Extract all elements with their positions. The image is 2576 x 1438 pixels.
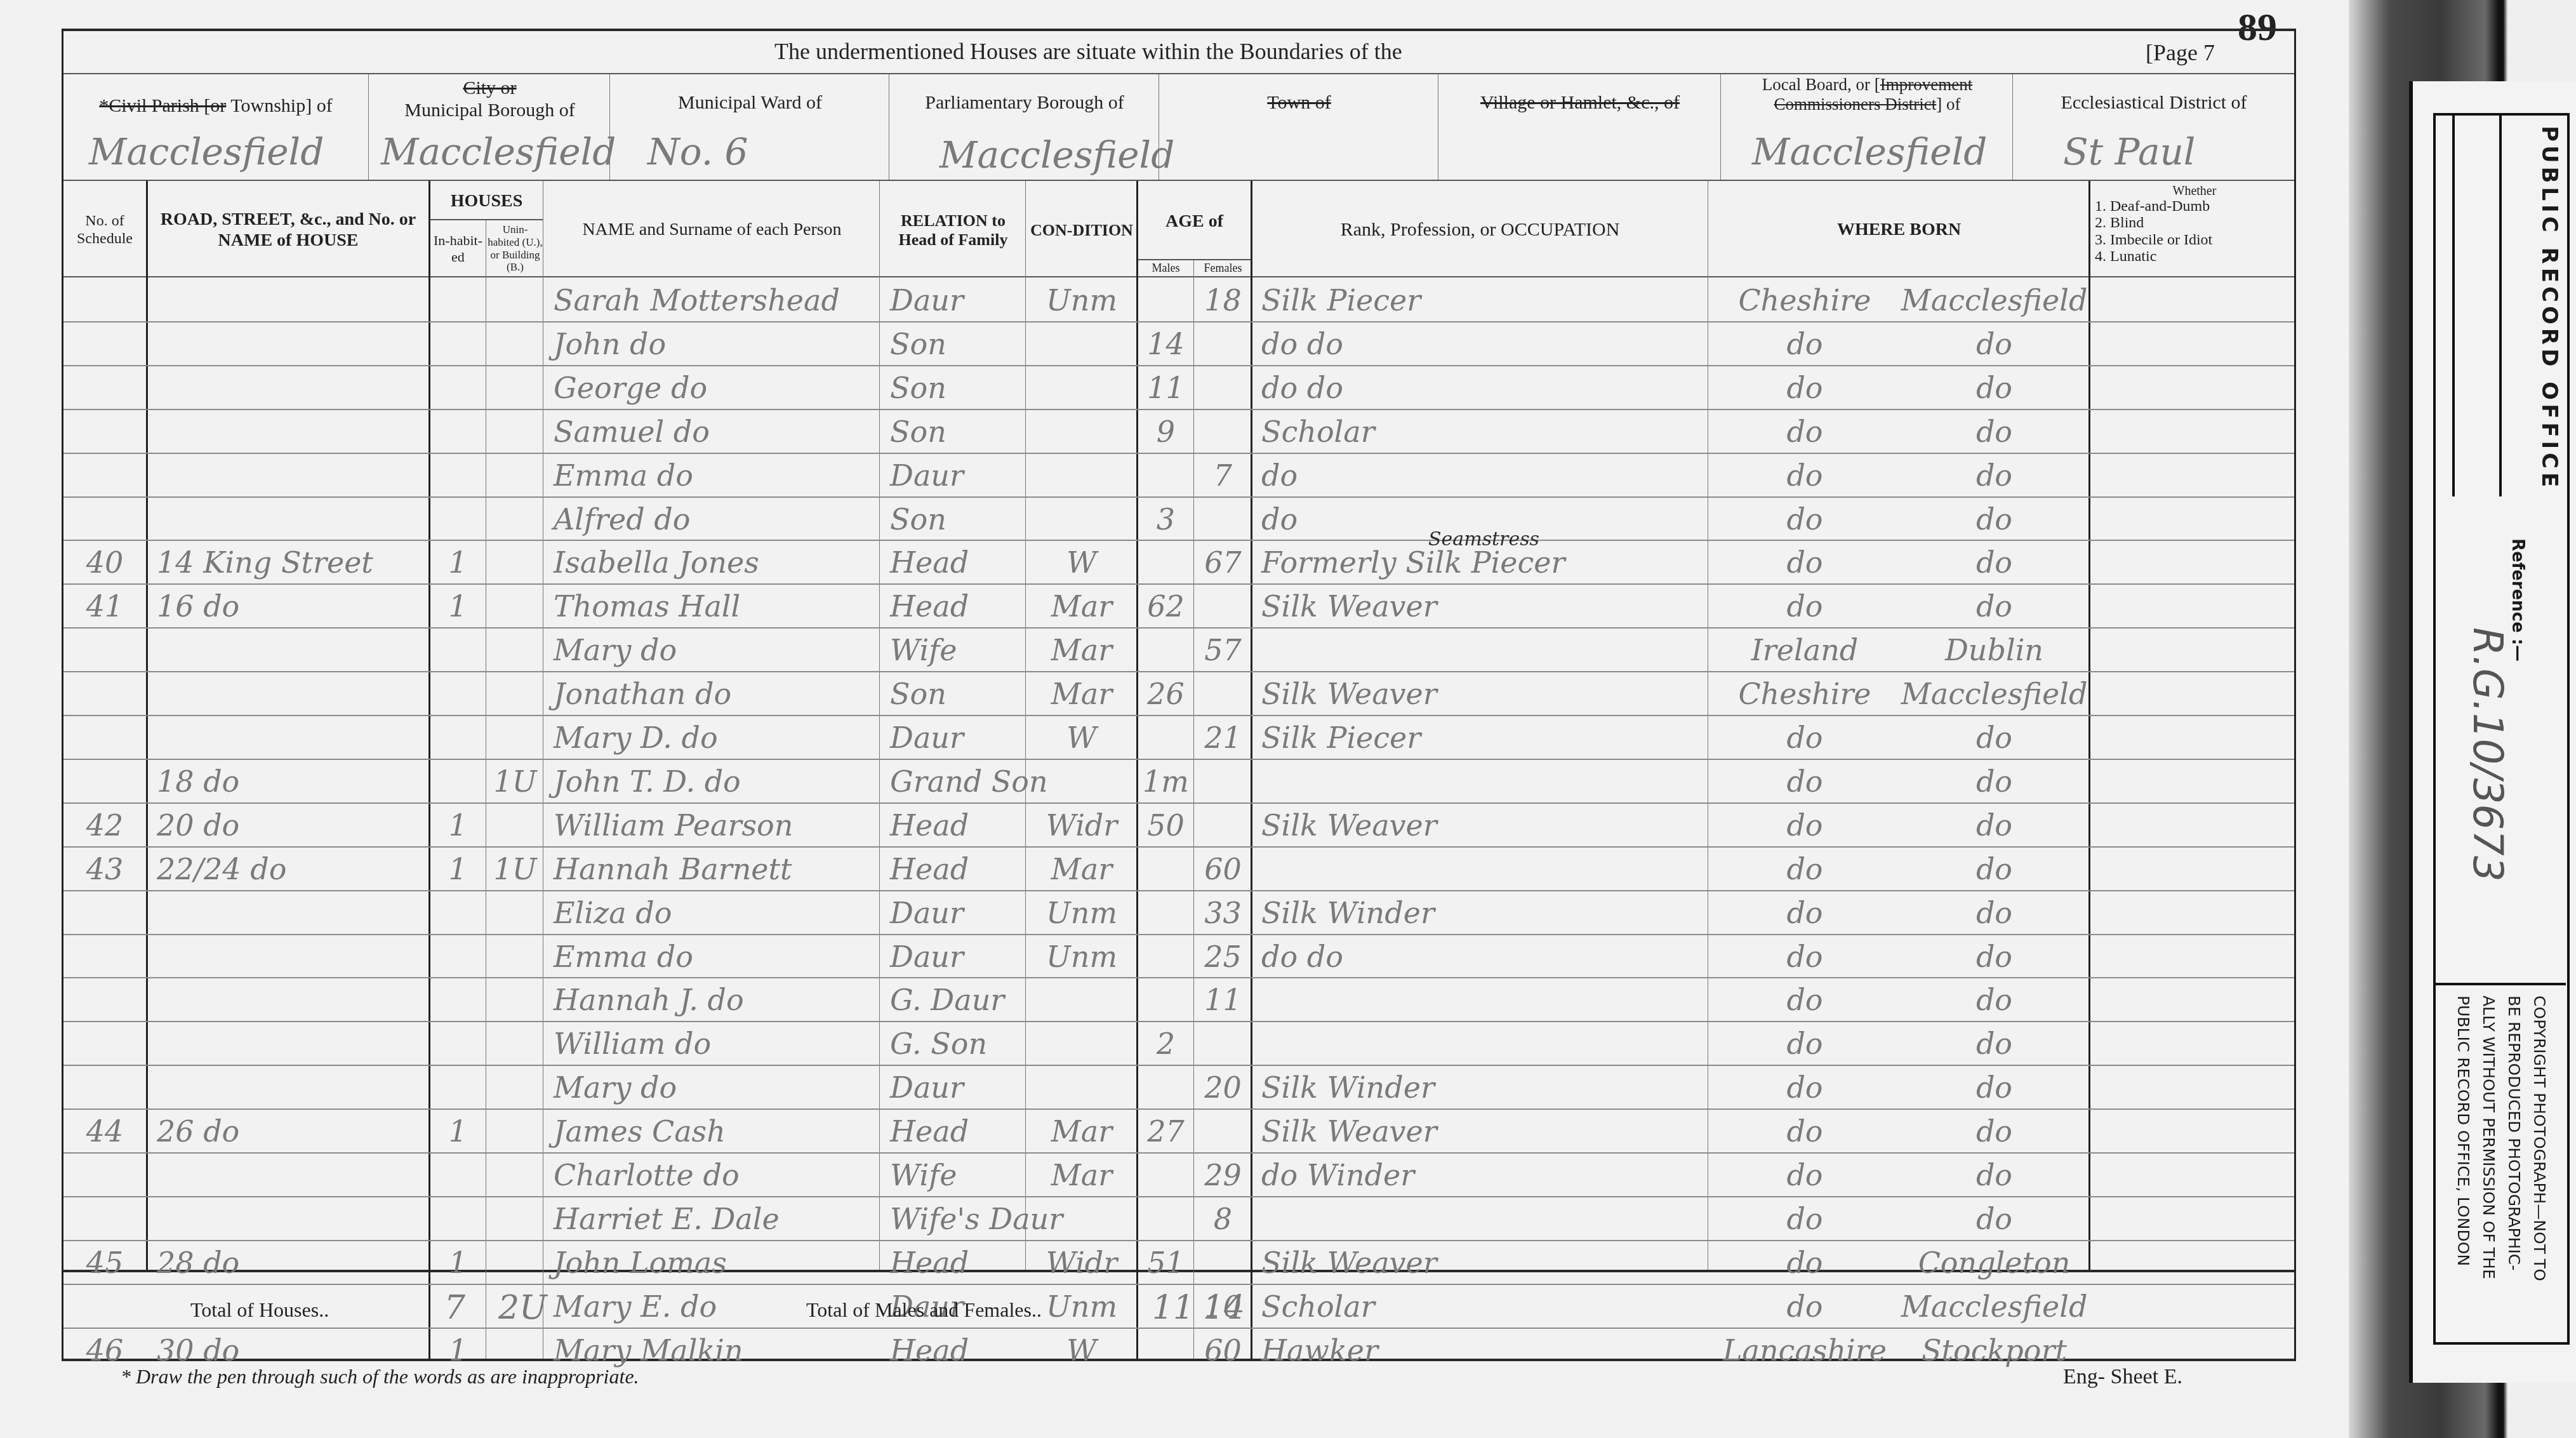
cell-born-county: do	[1710, 1196, 1900, 1240]
cell-condition: Unm	[1027, 890, 1136, 934]
cell-born-place: Stockport	[1900, 1328, 2088, 1371]
cell-road	[148, 453, 428, 496]
cell-inhabited	[430, 409, 486, 453]
cell-born-place: do	[1900, 1152, 2088, 1196]
district-parliamentary-label: Parliamentary Borough of	[891, 92, 1159, 114]
cell-female-age: 67	[1195, 540, 1251, 583]
cell-female-age: 29	[1195, 1152, 1251, 1196]
cell-schedule	[63, 496, 146, 540]
cell-male-age: 1m	[1138, 759, 1193, 802]
cell-relation: Son	[881, 671, 1025, 715]
cell-occupation: Hawker	[1252, 1328, 1708, 1371]
cell-born-county: do	[1710, 583, 1900, 627]
cell-born-place: Dublin	[1900, 627, 2088, 671]
cell-born-county: do	[1710, 409, 1900, 453]
cell-schedule	[63, 453, 146, 496]
cell-occupation: Silk Weaver	[1252, 1240, 1708, 1284]
cell-inhabited	[430, 627, 486, 671]
label-text: ] of	[1936, 95, 1960, 114]
cell-condition	[1027, 409, 1136, 453]
cell-male-age: 50	[1138, 802, 1193, 846]
cell-relation: G. Son	[881, 1021, 1025, 1065]
cell-uninhabited	[488, 671, 543, 715]
cell-male-age: 3	[1138, 496, 1193, 540]
cell-occupation: Silk Weaver	[1252, 671, 1708, 715]
cell-condition: W	[1027, 1328, 1136, 1371]
cell-uninhabited	[488, 453, 543, 496]
cell-relation: Son	[881, 365, 1025, 409]
cell-inhabited	[430, 1152, 486, 1196]
cell-uninhabited	[488, 540, 543, 583]
cell-male-age: 2	[1138, 1021, 1193, 1065]
district-parliamentary-value: Macclesfield	[939, 133, 1174, 176]
cell-condition: Unm	[1027, 1284, 1136, 1328]
cell-born-place: do	[1900, 1196, 2088, 1240]
cell-male-age	[1138, 1328, 1193, 1371]
cell-name: Harriet E. Dale	[545, 1196, 879, 1240]
cell-uninhabited	[488, 365, 543, 409]
cell-inhabited	[430, 759, 486, 802]
cell-born-place: do	[1900, 540, 2088, 583]
cell-born-place: do	[1900, 1021, 2088, 1065]
cell-schedule	[63, 409, 146, 453]
cell-road: 26 do	[148, 1108, 428, 1152]
col-header-condition: CON-DITION	[1027, 184, 1136, 276]
cell-male-age	[1138, 627, 1193, 671]
cell-schedule	[63, 321, 146, 365]
footnote: * Draw the pen through such of the words…	[121, 1365, 639, 1388]
cell-occupation: Scholar	[1252, 409, 1708, 453]
cell-born-county: do	[1710, 540, 1900, 583]
cell-relation: Grand Son	[881, 759, 1025, 802]
cell-born-county: do	[1710, 934, 1900, 978]
cell-uninhabited	[488, 934, 543, 978]
cell-female-age: 7	[1195, 453, 1251, 496]
cell-relation: Son	[881, 409, 1025, 453]
cell-female-age: 57	[1195, 627, 1251, 671]
district-borough-label: City or Municipal Borough of	[370, 77, 609, 121]
cell-male-age	[1138, 977, 1193, 1021]
cell-name: Hannah J. do	[545, 977, 879, 1021]
cell-born-place: do	[1900, 496, 2088, 540]
cell-name: Eliza do	[545, 890, 879, 934]
cell-relation: G. Daur	[881, 977, 1025, 1021]
cell-inhabited	[430, 496, 486, 540]
cell-condition	[1027, 977, 1136, 1021]
cell-road	[148, 977, 428, 1021]
total-houses-label: Total of Houses..	[190, 1298, 329, 1322]
cell-female-age	[1195, 409, 1251, 453]
cell-born-place: do	[1900, 1065, 2088, 1108]
cell-born-county: Cheshire	[1710, 277, 1900, 321]
cell-male-age	[1138, 540, 1193, 583]
cell-inhabited	[430, 934, 486, 978]
cell-born-place: do	[1900, 846, 2088, 890]
cell-born-county: do	[1710, 715, 1900, 759]
cell-name: Mary D. do	[545, 715, 879, 759]
cell-schedule	[63, 1021, 146, 1065]
district-ecclesiastical-value: St Paul	[2063, 130, 2195, 173]
cell-uninhabited: 1U	[488, 759, 543, 802]
cell-schedule	[63, 715, 146, 759]
cell-occupation	[1252, 977, 1708, 1021]
cell-occupation: Silk Weaver	[1252, 583, 1708, 627]
cell-male-age	[1138, 934, 1193, 978]
cell-occupation: Silk Winder	[1252, 890, 1708, 934]
cell-inhabited	[430, 890, 486, 934]
cell-female-age	[1195, 1240, 1251, 1284]
col-divider	[1708, 181, 1708, 1270]
cell-condition: Unm	[1027, 277, 1136, 321]
cell-occupation: Silk Piecer	[1252, 277, 1708, 321]
copyright-line: BE REPRODUCED PHOTOGRAPHIC-	[2505, 995, 2523, 1270]
cell-name: John do	[545, 321, 879, 365]
cell-female-age: 60	[1195, 1328, 1251, 1371]
cell-female-age: 25	[1195, 934, 1251, 978]
cell-female-age: 21	[1195, 715, 1251, 759]
reference-label: Reference :—	[2508, 538, 2527, 662]
cell-condition	[1027, 453, 1136, 496]
district-ward-value: No. 6	[647, 130, 748, 173]
district-ecclesiastical-label: Ecclesiastical District of	[2014, 92, 2294, 114]
cell-condition	[1027, 1021, 1136, 1065]
col-divider	[543, 181, 543, 1359]
cell-inhabited	[430, 977, 486, 1021]
cell-born-county: do	[1710, 496, 1900, 540]
cell-inhabited	[430, 277, 486, 321]
cell-male-age	[1138, 453, 1193, 496]
col-header-uninhabited: Unin-habited (U.), or Building (B.)	[488, 221, 543, 276]
cell-uninhabited	[488, 1240, 543, 1284]
label-text: Local Board, or [	[1762, 75, 1880, 94]
cell-condition	[1027, 321, 1136, 365]
cell-female-age	[1195, 496, 1251, 540]
cell-born-place: do	[1900, 759, 2088, 802]
cell-born-county: Lancashire	[1710, 1328, 1900, 1371]
cell-road	[148, 409, 428, 453]
cell-schedule: 43	[63, 846, 146, 890]
cell-road	[148, 715, 428, 759]
cell-name: Alfred do	[545, 496, 879, 540]
copyright-line: PUBLIC RECORD OFFICE, LONDON	[2454, 995, 2473, 1266]
cell-road	[148, 1152, 428, 1196]
cell-schedule	[63, 627, 146, 671]
cell-relation: Head	[881, 1328, 1025, 1371]
cell-condition: Mar	[1027, 583, 1136, 627]
cell-condition: Mar	[1027, 1108, 1136, 1152]
cell-female-age	[1195, 671, 1251, 715]
infirmity-title: Whether	[2095, 184, 2294, 198]
cell-relation: Daur	[881, 453, 1025, 496]
cell-occupation: do do	[1252, 321, 1708, 365]
cell-relation: Son	[881, 496, 1025, 540]
cell-occupation	[1252, 846, 1708, 890]
cell-uninhabited	[488, 802, 543, 846]
district-village-label: Village or Hamlet, &c., of	[1440, 92, 1720, 114]
cell-born-place: do	[1900, 365, 2088, 409]
district-local-board-label: Local Board, or [Improvement Commissione…	[1722, 75, 2012, 114]
cell-road	[148, 277, 428, 321]
cell-condition	[1027, 1196, 1136, 1240]
cell-name: Emma do	[545, 934, 879, 978]
cell-name: George do	[545, 365, 879, 409]
cell-condition	[1027, 1065, 1136, 1108]
total-persons-label: Total of Males and Females..	[806, 1298, 1042, 1322]
cell-inhabited	[430, 453, 486, 496]
infirmity-option: 3. Imbecile or Idiot	[2095, 232, 2294, 248]
cell-uninhabited	[488, 409, 543, 453]
pro-title: PUBLIC RECORD OFFICE	[2537, 126, 2562, 491]
cell-uninhabited	[488, 715, 543, 759]
cell-inhabited: 1	[430, 846, 486, 890]
cell-male-age: 9	[1138, 409, 1193, 453]
cell-inhabited: 1	[430, 540, 486, 583]
cell-born-place: do	[1900, 934, 2088, 978]
district-ward-label: Municipal Ward of	[611, 92, 889, 114]
cell-occupation: Silk Weaver	[1252, 802, 1708, 846]
cell-male-age: 26	[1138, 671, 1193, 715]
cell-uninhabited	[488, 1108, 543, 1152]
cell-uninhabited	[488, 1065, 543, 1108]
cell-male-age	[1138, 846, 1193, 890]
col-header-schedule: No. of Schedule	[63, 184, 146, 276]
cell-male-age: 51	[1138, 1240, 1193, 1284]
cell-schedule: 44	[63, 1108, 146, 1152]
cell-inhabited: 1	[430, 1240, 486, 1284]
cell-female-age: 60	[1195, 846, 1251, 890]
cell-born-place: do	[1900, 1108, 2088, 1152]
cell-occupation: Silk Piecer	[1252, 715, 1708, 759]
cell-male-age: 11	[1138, 365, 1193, 409]
cell-male-age	[1138, 715, 1193, 759]
cell-road: 28 do	[148, 1240, 428, 1284]
cell-road	[148, 365, 428, 409]
cell-female-age	[1195, 802, 1251, 846]
census-page: The undermentioned Houses are situate wi…	[0, 0, 2349, 1438]
cell-female-age: 18	[1195, 277, 1251, 321]
cell-occupation	[1252, 1196, 1708, 1240]
cell-inhabited	[430, 365, 486, 409]
cell-male-age	[1138, 1196, 1193, 1240]
cell-name: Emma do	[545, 453, 879, 496]
cell-name: Isabella Jones	[545, 540, 879, 583]
cell-inhabited	[430, 1196, 486, 1240]
cell-relation: Daur	[881, 934, 1025, 978]
district-divider	[1438, 74, 1438, 180]
cell-schedule	[63, 365, 146, 409]
cell-road	[148, 934, 428, 978]
cell-schedule: 41	[63, 583, 146, 627]
cell-born-county: do	[1710, 321, 1900, 365]
cell-schedule	[63, 1152, 146, 1196]
cell-occupation: do Winder	[1252, 1152, 1708, 1196]
cell-inhabited	[430, 715, 486, 759]
cell-road	[148, 496, 428, 540]
cell-uninhabited	[488, 321, 543, 365]
cell-born-place: Congleton	[1900, 1240, 2088, 1284]
cell-schedule	[63, 671, 146, 715]
district-borough-value: Macclesfield	[381, 130, 616, 173]
cell-relation: Son	[881, 321, 1025, 365]
cell-uninhabited	[488, 627, 543, 671]
title-rule	[62, 73, 2296, 74]
cell-condition	[1027, 365, 1136, 409]
public-record-office-label: PUBLIC RECORD OFFICE Reference :— R.G.10…	[2409, 81, 2576, 1383]
cell-uninhabited	[488, 890, 543, 934]
col-header-road: ROAD, STREET, &c., and No. or NAME of HO…	[148, 184, 428, 276]
cell-road	[148, 1021, 428, 1065]
cell-road	[148, 1196, 428, 1240]
cell-occupation: do do	[1252, 934, 1708, 978]
cell-uninhabited: 1U	[488, 846, 543, 890]
cell-female-age	[1195, 583, 1251, 627]
cell-relation: Wife's Daur	[881, 1196, 1025, 1240]
cell-inhabited: 1	[430, 1108, 486, 1152]
cell-female-age: 20	[1195, 1065, 1251, 1108]
cell-born-place: Macclesfield	[1900, 671, 2088, 715]
cell-born-county: do	[1710, 1284, 1900, 1328]
cell-condition: Mar	[1027, 846, 1136, 890]
district-civil-parish-label: *Civil Parish [or Township] of	[63, 95, 368, 117]
col-header-females: Females	[1195, 260, 1251, 276]
page-title: The undermentioned Houses are situate wi…	[774, 38, 1402, 65]
cell-condition: Mar	[1027, 671, 1136, 715]
cell-male-age	[1138, 890, 1193, 934]
cell-born-place: do	[1900, 715, 2088, 759]
cell-schedule	[63, 934, 146, 978]
cell-road: 20 do	[148, 802, 428, 846]
cell-name: William Pearson	[545, 802, 879, 846]
cell-born-place: do	[1900, 583, 2088, 627]
page-label: [Page 7	[2146, 39, 2215, 66]
cell-born-place: do	[1900, 321, 2088, 365]
cell-inhabited: 1	[430, 802, 486, 846]
cell-uninhabited	[488, 583, 543, 627]
cell-condition: Mar	[1027, 627, 1136, 671]
cell-male-age: 14	[1138, 321, 1193, 365]
col-header-where-born: WHERE BORN	[1710, 184, 2088, 276]
cell-name: William do	[545, 1021, 879, 1065]
cell-occupation	[1252, 1021, 1708, 1065]
cell-inhabited	[430, 1021, 486, 1065]
cell-relation: Daur	[881, 277, 1025, 321]
cell-born-county: do	[1710, 846, 1900, 890]
cell-female-age: 8	[1195, 1196, 1251, 1240]
cell-born-county: do	[1710, 759, 1900, 802]
cell-born-county: do	[1710, 1152, 1900, 1196]
cell-relation: Wife	[881, 1152, 1025, 1196]
cell-born-county: do	[1710, 977, 1900, 1021]
district-local-board-value: Macclesfield	[1752, 130, 1987, 173]
cell-relation: Daur	[881, 715, 1025, 759]
cell-schedule: 42	[63, 802, 146, 846]
cell-born-place: Macclesfield	[1900, 1284, 2088, 1328]
total-males: 11	[1152, 1289, 1194, 1327]
cell-female-age: 11	[1195, 977, 1251, 1021]
col-header-infirmity: Whether 1. Deaf-and-Dumb 2. Blind 3. Imb…	[2095, 184, 2294, 265]
cell-relation: Head	[881, 802, 1025, 846]
cell-relation: Head	[881, 583, 1025, 627]
cell-inhabited	[430, 1065, 486, 1108]
cell-name: Thomas Hall	[545, 583, 879, 627]
col-divider	[486, 219, 486, 1359]
cell-female-age	[1195, 759, 1251, 802]
cell-born-place: do	[1900, 890, 2088, 934]
cell-occupation: do do	[1252, 365, 1708, 409]
total-uninhabited: 2U	[498, 1289, 547, 1327]
cell-born-county: do	[1710, 802, 1900, 846]
cell-schedule: 40	[63, 540, 146, 583]
cell-name: Mary do	[545, 627, 879, 671]
copyright-line: COPYRIGHT PHOTOGRAPH—NOT TO	[2530, 995, 2549, 1281]
cell-born-county: Ireland	[1710, 627, 1900, 671]
district-divider	[368, 74, 369, 180]
cell-born-county: do	[1710, 1021, 1900, 1065]
sheet-label: Eng- Sheet E.	[2063, 1365, 2182, 1389]
cell-condition: Widr	[1027, 802, 1136, 846]
cell-female-age: 33	[1195, 890, 1251, 934]
cell-schedule	[63, 277, 146, 321]
cell-female-age	[1195, 321, 1251, 365]
cell-inhabited: 1	[430, 583, 486, 627]
cell-name: Hannah Barnett	[545, 846, 879, 890]
cell-road	[148, 890, 428, 934]
reference-value: R.G.10/3673	[2464, 627, 2511, 882]
cell-born-county: do	[1710, 365, 1900, 409]
cell-born-place: do	[1900, 977, 2088, 1021]
cell-uninhabited	[488, 496, 543, 540]
cell-schedule	[63, 977, 146, 1021]
col-divider	[879, 181, 880, 1270]
cell-born-county: do	[1710, 1065, 1900, 1108]
cell-uninhabited	[488, 977, 543, 1021]
cell-road: 16 do	[148, 583, 428, 627]
infirmity-option: 4. Lunatic	[2095, 248, 2294, 265]
cell-male-age	[1138, 277, 1193, 321]
infirmity-option: 1. Deaf-and-Dumb	[2095, 198, 2294, 215]
cell-born-place: do	[1900, 802, 2088, 846]
cell-schedule	[63, 890, 146, 934]
cell-road: 18 do	[148, 759, 428, 802]
cell-name: Charlotte do	[545, 1152, 879, 1196]
cell-name: Jonathan do	[545, 671, 879, 715]
cell-name: James Cash	[545, 1108, 879, 1152]
cell-born-place: do	[1900, 409, 2088, 453]
cell-relation: Head	[881, 1240, 1025, 1284]
cell-name: Sarah Mottershead	[545, 277, 879, 321]
cell-relation: Wife	[881, 627, 1025, 671]
cell-schedule: 45	[63, 1240, 146, 1284]
cell-inhabited	[430, 321, 486, 365]
cell-relation: Daur	[881, 890, 1025, 934]
cell-occupation	[1252, 627, 1708, 671]
cell-uninhabited	[488, 1021, 543, 1065]
cell-born-county: do	[1710, 453, 1900, 496]
label-text: Municipal Borough of	[370, 100, 609, 122]
cell-occupation: Silk Winder	[1252, 1065, 1708, 1108]
cell-schedule	[63, 1196, 146, 1240]
total-females: 14	[1203, 1289, 1245, 1327]
cell-relation: Daur	[881, 1065, 1025, 1108]
cell-condition	[1027, 759, 1136, 802]
cell-road	[148, 627, 428, 671]
cell-road	[148, 321, 428, 365]
cell-condition: Unm	[1027, 934, 1136, 978]
top-rule	[62, 29, 2296, 31]
district-divider	[2012, 74, 2013, 180]
col-header-houses: HOUSES	[430, 184, 543, 219]
total-inhabited: 7	[444, 1289, 465, 1327]
